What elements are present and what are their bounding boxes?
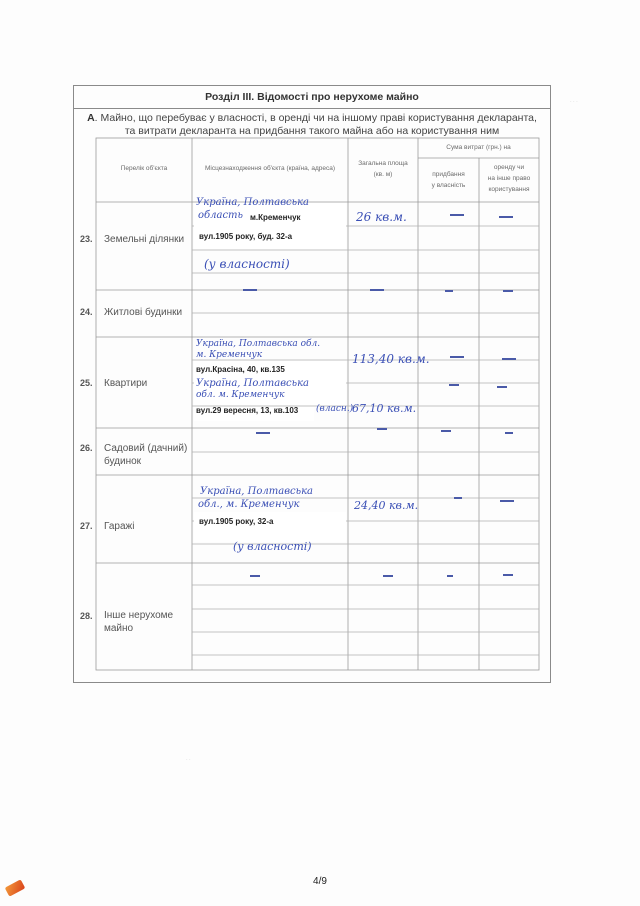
- rent-26-dash: [505, 432, 513, 434]
- location-26-dash: [256, 432, 270, 434]
- handwritten-location-25a-line2: м. Кременчук: [196, 350, 262, 360]
- rent-25b-dash: [497, 386, 507, 388]
- handwritten-location-25b-line2: обл. м. Кременчук: [196, 390, 285, 400]
- area-25a: 113,40 кв.м.: [352, 352, 430, 366]
- handwritten-location-25a-line1: Україна, Полтавська обл.: [196, 339, 320, 349]
- header-object-list: Перелік об'єкта: [96, 163, 192, 174]
- header-rent: оренду чи на інше право користування: [479, 162, 539, 195]
- purchase-27-dash: [454, 497, 462, 499]
- typed-location-27: вул.1905 року, 32-а: [199, 517, 273, 526]
- section-a-line1: А. Майно, що перебуває у власності, в ор…: [74, 112, 550, 125]
- row-name-garden-house: Садовий (дачний) будинок: [104, 442, 187, 468]
- section-a-letter: А: [87, 112, 95, 124]
- area-24-dash: [370, 289, 384, 291]
- handwritten-note-25b: (власн.): [316, 404, 353, 414]
- handwritten-location-23-line2: область: [198, 210, 243, 221]
- row-name-land: Земельні ділянки: [104, 233, 184, 246]
- handwritten-note-27: (у власності): [233, 540, 312, 553]
- row-number-27: 27.: [80, 521, 93, 531]
- rent-27-dash: [500, 500, 514, 502]
- purchase-26-dash: [441, 430, 451, 432]
- rent-25a-dash: [502, 358, 516, 360]
- typed-location-25b: вул.29 вересня, 13, кв.103: [196, 406, 298, 415]
- section-title: Розділ III. Відомості про нерухоме майно: [74, 86, 550, 109]
- row-name-other-property: Інше нерухоме майно: [104, 609, 173, 635]
- stamp-icon: [5, 879, 26, 896]
- row-name-garages: Гаражі: [104, 520, 134, 533]
- location-28-dash: [250, 575, 260, 577]
- handwritten-location-27-line2: обл., м. Кременчук: [198, 499, 300, 510]
- typed-location-23-line2: вул.1905 року, буд. 32-а: [199, 232, 292, 241]
- purchase-25b-dash: [449, 384, 459, 386]
- handwritten-location-27-line1: Україна, Полтавська: [200, 486, 313, 497]
- row-number-24: 24.: [80, 307, 93, 317]
- purchase-25a-dash: [450, 356, 464, 358]
- section-a-line2: та витрати декларанта на придбання таког…: [74, 125, 550, 138]
- row-number-23: 23.: [80, 234, 93, 244]
- area-26-dash: [377, 428, 387, 430]
- purchase-28-dash: [447, 575, 453, 577]
- area-23: 26 кв.м.: [356, 210, 407, 224]
- purchase-23-dash: [450, 214, 464, 216]
- location-24-dash: [243, 289, 257, 291]
- header-expenses: Сума витрат (грн.) на: [418, 142, 539, 153]
- area-28-dash: [383, 575, 393, 577]
- typed-location-25a: вул.Красіна, 40, кв.135: [196, 365, 285, 374]
- row-number-25: 25.: [80, 378, 93, 388]
- handwritten-location-25b-line1: Україна, Полтавська: [196, 378, 309, 389]
- purchase-24-dash: [445, 290, 453, 292]
- row-name-houses: Житлові будинки: [104, 306, 182, 319]
- scan-speck: · ·: [186, 757, 191, 763]
- typed-location-23-line1: м.Кременчук: [250, 213, 301, 222]
- page-number: 4/9: [300, 876, 340, 887]
- rent-24-dash: [503, 290, 513, 292]
- section-a-heading: А. Майно, що перебуває у власності, в ор…: [74, 112, 550, 138]
- rent-23-dash: [499, 216, 513, 218]
- header-area: Загальна площа (кв. м): [348, 158, 418, 180]
- handwritten-location-23-line1: Україна, Полтавська: [196, 197, 309, 208]
- area-25b: 67,10 кв.м.: [352, 402, 416, 415]
- area-27: 24,40 кв.м.: [354, 499, 418, 512]
- row-number-28: 28.: [80, 611, 93, 621]
- row-number-26: 26.: [80, 443, 93, 453]
- scan-speck: · · ·: [570, 99, 578, 105]
- row-name-apartments: Квартири: [104, 377, 147, 390]
- handwritten-note-23: (у власності): [204, 257, 290, 271]
- rent-28-dash: [503, 574, 513, 576]
- header-purchase: придбання у власність: [418, 169, 479, 191]
- header-location: Місцезнаходження об'єкта (країна, адреса…: [192, 163, 348, 174]
